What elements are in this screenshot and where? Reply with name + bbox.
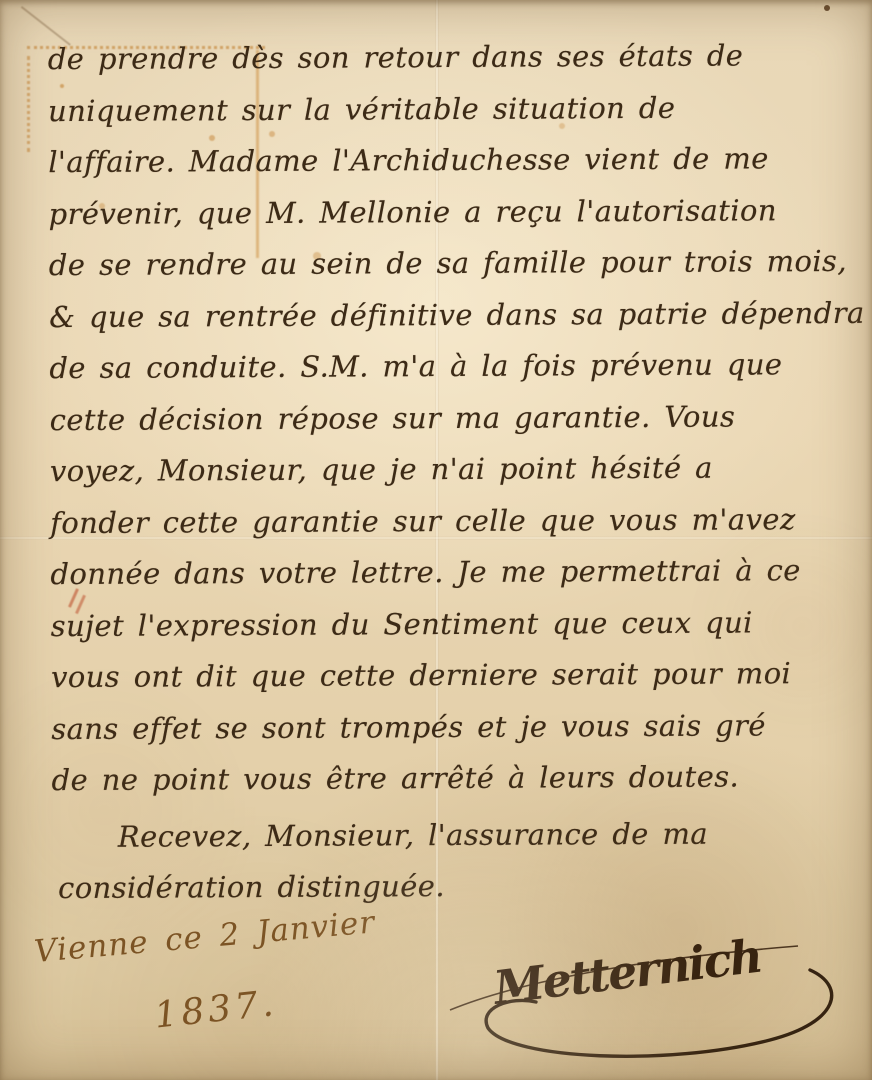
letter-page: de prendre dès son retour dans ses états… [0,0,872,1080]
handwritten-line: & que sa rentrée définitive dans sa patr… [49,295,849,351]
handwritten-line: voyez, Monsieur, que je n'ai point hésit… [50,450,850,506]
handwritten-line: donnée dans votre lettre. Je me permettr… [50,553,850,609]
closing-line: Recevez, Monsieur, l'assurance de ma [118,815,852,870]
handwritten-line: sujet l'expression du Sentiment que ceux… [51,604,851,660]
corner-crease [21,6,71,46]
closing-line: considération distinguée. [58,867,852,923]
handwritten-line: de se rendre au sein de sa famille pour … [49,244,849,300]
ink-spot [824,5,830,11]
signature: Metternich [438,918,858,1078]
signature-name: Metternich [489,929,764,1016]
handwritten-line: l'affaire. Madame l'Archiduchesse vient … [48,141,848,197]
handwritten-line: cette décision répose sur ma garantie. V… [50,398,850,454]
handwritten-line: sans effet se sont trompés et je vous sa… [51,707,851,763]
handwritten-line: vous ont dit que cette derniere serait p… [51,656,851,712]
handwritten-line: de sa conduite. S.M. m'a à la fois préve… [49,347,849,403]
handwritten-line: prévenir, que M. Mellonie a reçu l'autor… [49,192,849,248]
date-year: 1837. [152,972,379,1036]
handwritten-line: fonder cette garantie sur celle que vous… [50,501,850,557]
letter-body: de prendre dès son retour dans ses états… [48,38,853,923]
dateline: Vienne ce 2 Janvier 1837. [36,934,378,1025]
handwritten-line: de ne point vous être arrêté à leurs dou… [51,759,851,815]
stain-mark [27,56,30,152]
handwritten-line: de prendre dès son retour dans ses états… [48,38,848,94]
handwritten-line: uniquement sur la véritable situation de [48,89,848,145]
signature-flourish: Metternich [438,918,858,1078]
